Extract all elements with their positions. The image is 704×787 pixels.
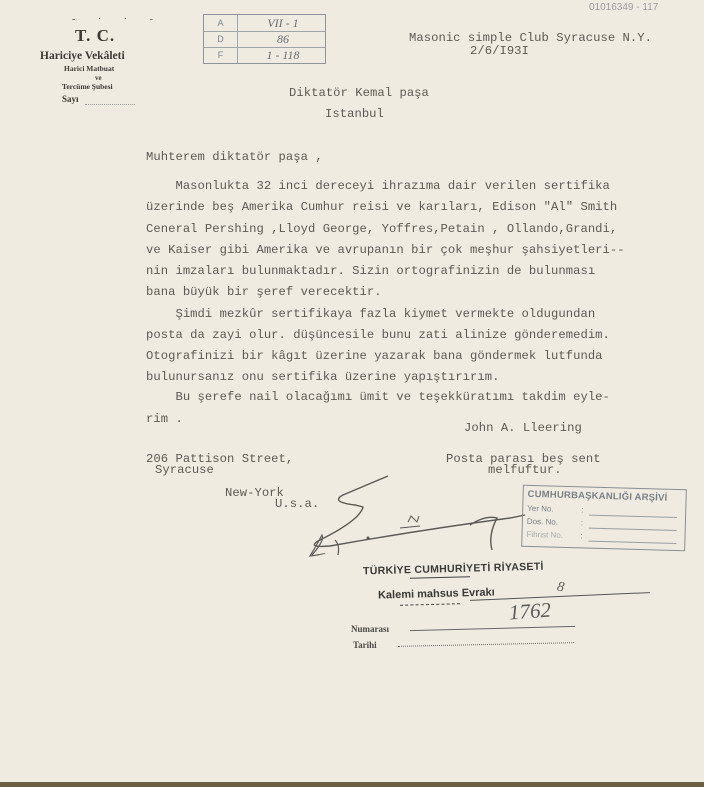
archive-box-key: D: [204, 31, 238, 47]
archive-stamp-label: Yer No.: [527, 504, 554, 514]
presidency-stamp-title: TÜRKİYE CUMHURİYETİ RİYASETİ: [363, 561, 544, 578]
archive-box-row: F 1 - 118: [204, 47, 325, 63]
address-country: U.s.a.: [275, 497, 319, 511]
postage-note-line2: melfuftur.: [488, 463, 562, 477]
letterhead-ministry: Hariciye Vekâleti: [40, 50, 125, 62]
body-line: Şimdi mezkûr sertifikaya fazla kiymet ve…: [146, 307, 595, 321]
archive-stamp-title: CUMHURBAŞKANLIĞI ARŞİVİ: [527, 489, 667, 504]
body-line: bana büyük bir şeref verecektir.: [146, 285, 382, 299]
body-line: posta da zayi olur. düşüncesile bunu zat…: [146, 328, 610, 342]
letterhead-dept-line1: Harici Matbuat: [64, 64, 114, 73]
presidency-stamp-number-label: Numarası: [351, 624, 389, 634]
letterhead-dots: - · · -: [72, 14, 163, 25]
page-bottom-edge: [0, 782, 704, 787]
presidency-stamp-date-label: Tarihi: [353, 640, 377, 650]
salutation: Muhterem diktatör paşa ,: [146, 150, 323, 164]
archive-box-row: A VII - 1: [204, 15, 325, 32]
archive-stamp-row: Fihrist No.: [526, 530, 563, 540]
archive-stamp: CUMHURBAŞKANLIĞI ARŞİVİ Yer No. : Dos. N…: [521, 485, 687, 552]
body-line: rim .: [146, 412, 183, 426]
archive-box-value: 1 - 118: [244, 47, 322, 63]
archive-stamp-sep: :: [581, 505, 583, 514]
archive-box-key: F: [204, 47, 238, 63]
letter-page: - · · - T. C. Hariciye Vekâleti Harici M…: [0, 0, 704, 782]
archive-box-key: A: [204, 15, 238, 31]
archive-stamp-line: [589, 528, 677, 531]
presidency-stamp-date-line: [398, 642, 574, 647]
presidency-stamp-number-line: [410, 626, 575, 631]
archive-stamp-sep: :: [581, 518, 583, 527]
archive-stamp-label: Fihrist No.: [526, 530, 563, 540]
archive-stamp-line: [588, 541, 676, 544]
archive-box-row: D 86: [204, 31, 325, 48]
body-line: Ceneral Pershing ,Lloyd George, Yoffres,…: [146, 222, 617, 236]
body-line: Otografinizi bir kâgıt üzerine yazarak b…: [146, 349, 603, 363]
body-line: üzerinde beş Amerika Cumhur reisi ve kar…: [146, 200, 617, 214]
presidency-stamp-number-value: 1762: [508, 598, 552, 626]
body-line: Masonlukta 32 inci dereceyi ihrazıma dai…: [146, 179, 610, 193]
body-line: Bu şerefe nail olacağımı ümit ve teşekkü…: [146, 390, 610, 404]
letterhead-number-line: [85, 104, 135, 105]
letterhead-number-label: Sayı: [62, 94, 79, 104]
archive-stamp-row: Dos. No.: [527, 517, 558, 527]
archive-stamp-row: Yer No.: [527, 504, 554, 514]
letter-date: 2/6/I93I: [470, 44, 529, 58]
letterhead-dept-line2: Tercüme Şubesi: [62, 82, 113, 91]
presidency-stamp-ornament: [410, 576, 470, 579]
archive-box-value: VII - 1: [244, 15, 322, 31]
recipient-name: Diktatör Kemal paşa: [289, 86, 429, 100]
recipient-city: Istanbul: [325, 107, 384, 121]
archive-box-value: 86: [244, 31, 322, 47]
signature-name: John A. Lleering: [464, 421, 582, 435]
body-line: bulunursanız onu sertifika üzerine yapış…: [146, 370, 499, 384]
presidency-stamp-ornament: [400, 603, 460, 606]
body-line: nin imzaları bulunmaktadır. Sizin ortogr…: [146, 264, 595, 278]
body-line: ve Kaiser gibi Amerika ve avrupanın bir …: [146, 243, 625, 257]
address-city: Syracuse: [155, 463, 214, 477]
presidency-stamp-handwritten-mark: 8: [556, 580, 566, 597]
reference-code: 01016349 - 117: [589, 2, 658, 13]
sender-header-line: Masonic simple Club Syracuse N.Y.: [409, 31, 652, 45]
letterhead-dept-and: ve: [95, 74, 102, 82]
archive-stamp-label: Dos. No.: [527, 517, 558, 527]
letterhead-state: T. C.: [75, 26, 115, 46]
archive-stamp-sep: :: [580, 531, 582, 540]
archive-stamp-line: [589, 515, 677, 518]
archive-reference-box: A VII - 1 D 86 F 1 - 118: [203, 14, 326, 64]
